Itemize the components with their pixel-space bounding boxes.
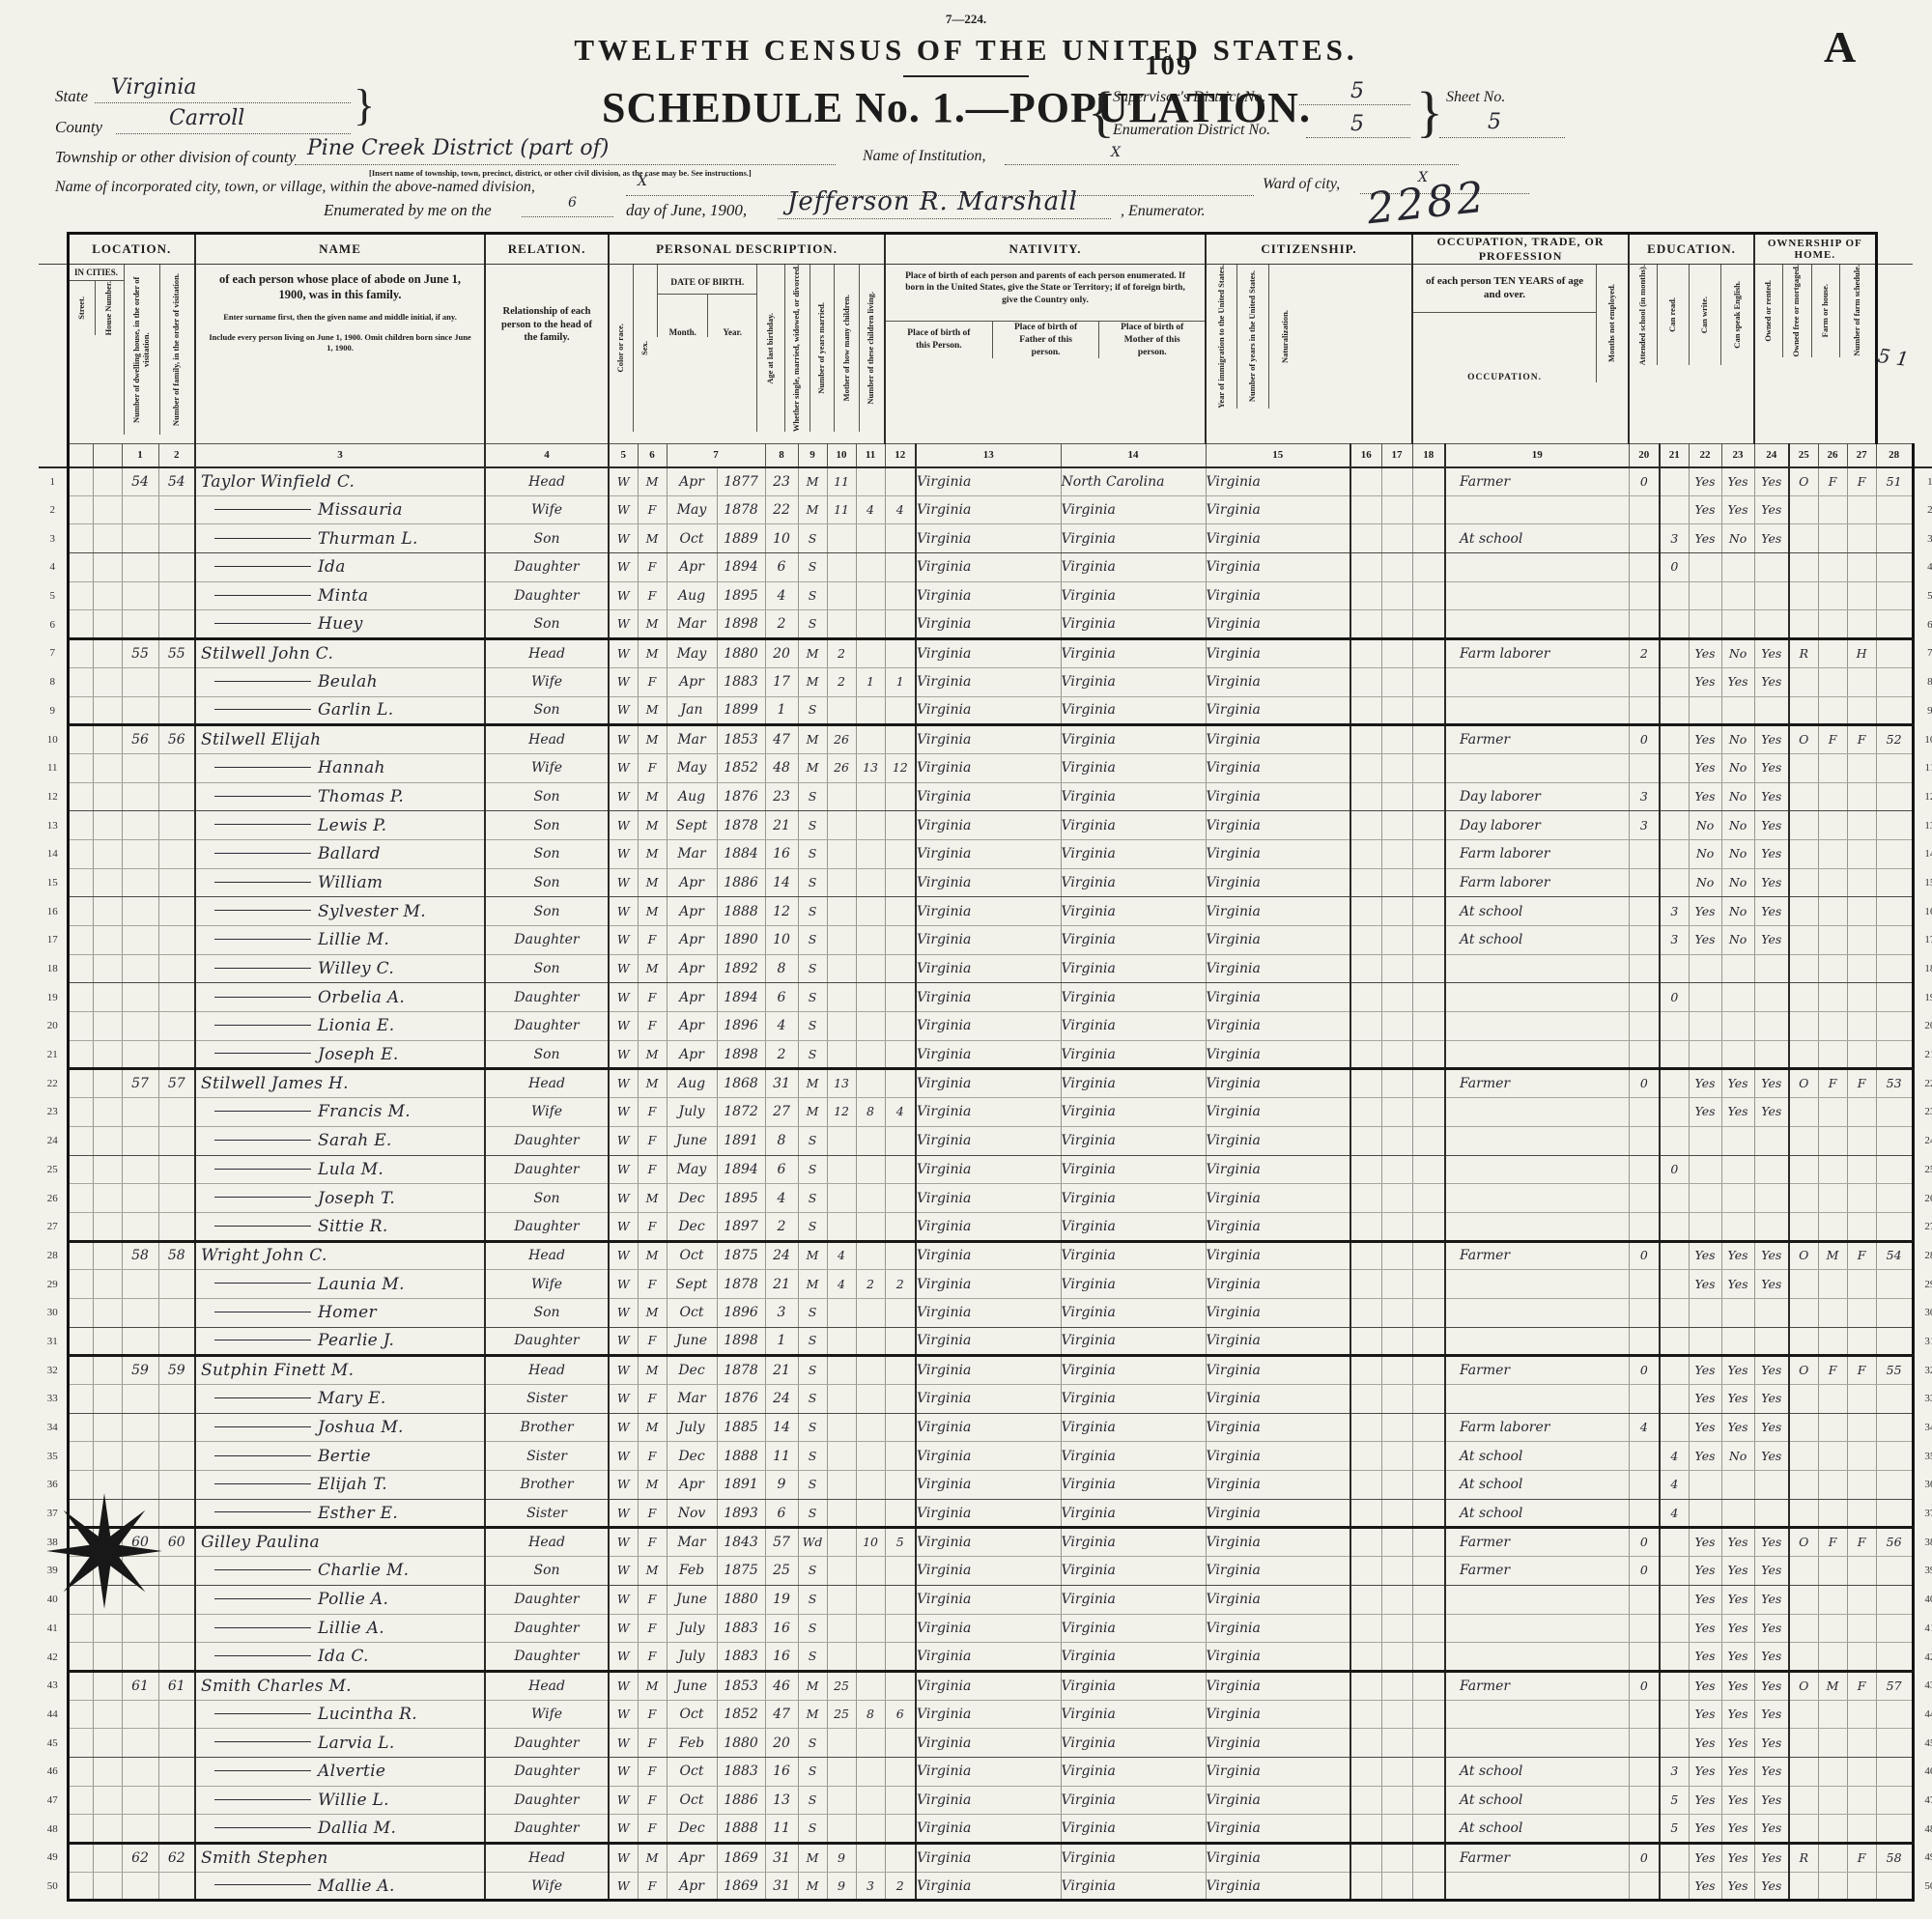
cell-naturalization [1412,1040,1445,1069]
cell-age: 23 [765,467,798,496]
cell-marital: S [798,581,827,610]
cell-age: 8 [765,954,798,983]
cell-dwelling-number [122,495,158,524]
cell-farm-house [1847,1815,1876,1844]
cell-name: Homer [195,1298,485,1327]
cell-farm-house [1847,1184,1876,1213]
cell-name: Minta [195,581,485,610]
person-row: 75555Stilwell John C.HeadWMMay188020M2Vi… [39,639,1932,668]
cell-mother-children [856,1585,885,1614]
cell-street [68,1098,93,1127]
cell-color: W [609,1040,638,1069]
cell-attended-school [1660,1212,1689,1241]
cell-family-number [158,1815,195,1844]
cell-marital: S [798,1757,827,1786]
cell-years-in-us [1381,610,1412,639]
cell-house-number [93,1155,122,1184]
cell-house-number [93,1241,122,1270]
cell-immigration-year [1350,1069,1381,1098]
cell-speak-english: Yes [1754,1815,1789,1844]
cell-attended-school [1660,696,1689,725]
cell-immigration-year [1350,696,1381,725]
cell-can-read: Yes [1689,1844,1721,1873]
cell-free-mortgaged [1818,1700,1847,1729]
cell-age: 4 [765,581,798,610]
cell-relation: Daughter [485,1643,609,1672]
cell-can-write [1721,1298,1754,1327]
cell-birth-month: Apr [667,667,717,696]
cell-speak-english [1754,581,1789,610]
person-row: 15WilliamSonWMApr188614SVirginiaVirginia… [39,868,1932,897]
cell-years-married [827,581,856,610]
person-row: 29Launia M.WifeWFSept187821M422VirginiaV… [39,1270,1932,1299]
cell-age: 47 [765,1700,798,1729]
cell-months-not-employed: 0 [1629,1528,1660,1557]
row-number-left: 35 [39,1442,68,1471]
cell-farm-schedule [1876,1786,1913,1815]
cell-speak-english: Yes [1754,1872,1789,1901]
cell-sex: M [638,1471,667,1500]
cell-pob-mother: Virginia [1206,1040,1350,1069]
cell-owned-rented [1789,1327,1818,1356]
cell-relation: Sister [485,1442,609,1471]
cell-attended-school [1660,1585,1689,1614]
cell-name: Beulah [195,667,485,696]
cell-birth-month: Sept [667,811,717,840]
cell-free-mortgaged [1818,1442,1847,1471]
cell-free-mortgaged: F [1818,1069,1847,1098]
cell-pob-mother: Virginia [1206,954,1350,983]
cell-age: 10 [765,926,798,955]
cell-farm-house [1847,983,1876,1012]
cell-marital: S [798,1499,827,1528]
cell-children-living [885,1471,916,1500]
cell-family-number [158,1098,195,1127]
cell-can-read: Yes [1689,1815,1721,1844]
cell-immigration-year [1350,954,1381,983]
cell-pob-mother: Virginia [1206,1126,1350,1155]
cell-immigration-year [1350,1212,1381,1241]
cell-age: 8 [765,1126,798,1155]
cell-naturalization [1412,1098,1445,1127]
cell-owned-rented [1789,1098,1818,1127]
cell-color: W [609,1413,638,1442]
cell-farm-house: F [1847,1356,1876,1385]
cell-occupation [1445,1385,1629,1414]
cell-farm-house [1847,581,1876,610]
cell-years-in-us [1381,1557,1412,1586]
cell-speak-english [1754,696,1789,725]
row-number-left: 7 [39,639,68,668]
mother-children-col-label: Mother of how many children. [842,295,852,401]
farm-house-col-label: Farm or house. [1821,284,1831,337]
cell-birth-year: 1875 [717,1557,765,1586]
cell-birth-month: Sept [667,1270,717,1299]
cell-dwelling-number [122,667,158,696]
cell-naturalization [1412,1155,1445,1184]
cell-immigration-year [1350,1499,1381,1528]
cell-months-not-employed [1629,1786,1660,1815]
cell-sex: M [638,1069,667,1098]
cell-farm-schedule: 53 [1876,1069,1913,1098]
cell-mother-children [856,811,885,840]
group-nativity: NATIVITY. [885,234,1206,265]
cell-family-number [158,495,195,524]
cell-can-write [1721,1012,1754,1041]
person-row: 285858Wright John C.HeadWMOct187524M4Vir… [39,1241,1932,1270]
cell-can-write: Yes [1721,1614,1754,1643]
cell-naturalization [1412,782,1445,811]
cell-years-in-us [1381,811,1412,840]
cell-sex: F [638,553,667,582]
cell-marital: S [798,897,827,926]
cell-immigration-year [1350,868,1381,897]
cell-sex: F [638,1012,667,1041]
cell-occupation [1445,1040,1629,1069]
cell-naturalization [1412,868,1445,897]
cell-farm-house [1847,1585,1876,1614]
cell-can-write [1721,954,1754,983]
cell-speak-english: Yes [1754,782,1789,811]
cell-months-not-employed [1629,1327,1660,1356]
cell-pob-person: Virginia [916,897,1061,926]
cell-street [68,1184,93,1213]
cell-occupation [1445,1126,1629,1155]
cell-pob-mother: Virginia [1206,1012,1350,1041]
cell-owned-rented: O [1789,725,1818,754]
cell-farm-schedule: 52 [1876,725,1913,754]
cell-years-in-us [1381,524,1412,553]
cell-years-married [827,1643,856,1672]
cell-can-write: Yes [1721,1069,1754,1098]
cell-occupation [1445,495,1629,524]
age-col-label: Age at last birthday. [766,313,776,384]
cell-age: 6 [765,553,798,582]
cell-naturalization [1412,1442,1445,1471]
cell-years-married [827,1126,856,1155]
cell-street [68,811,93,840]
cell-years-married: 13 [827,1069,856,1098]
cell-name: Taylor Winfield C. [195,467,485,496]
cell-marital: S [798,1786,827,1815]
cell-sex: F [638,1155,667,1184]
cell-speak-english [1754,1471,1789,1500]
cell-can-read [1689,1212,1721,1241]
cell-mother-children [856,1442,885,1471]
cell-free-mortgaged [1818,1012,1847,1041]
cell-months-not-employed [1629,1499,1660,1528]
cell-age: 6 [765,1155,798,1184]
person-row: 225757Stilwell James H.HeadWMAug186831M1… [39,1069,1932,1098]
cell-pob-father: Virginia [1061,610,1206,639]
row-number-left: 2 [39,495,68,524]
cell-age: 14 [765,1413,798,1442]
cell-pob-father: Virginia [1061,1872,1206,1901]
cell-can-read [1689,696,1721,725]
cell-speak-english: Yes [1754,1844,1789,1873]
cell-pob-person: Virginia [916,1241,1061,1270]
cell-years-in-us [1381,1585,1412,1614]
cell-birth-month: Apr [667,954,717,983]
cell-farm-schedule [1876,1557,1913,1586]
cell-dwelling-number [122,1155,158,1184]
cell-birth-year: 1883 [717,667,765,696]
cell-pob-father: Virginia [1061,696,1206,725]
cell-dwelling-number [122,1815,158,1844]
row-number-left: 24 [39,1126,68,1155]
cell-months-not-employed [1629,1155,1660,1184]
cell-months-not-employed [1629,1815,1660,1844]
row-number-left: 19 [39,983,68,1012]
township-label: Township or other division of county [55,148,296,167]
cell-name: Sylvester M. [195,897,485,926]
cell-family-number [158,1270,195,1299]
cell-can-read [1689,1155,1721,1184]
cell-house-number [93,1298,122,1327]
row-number-left: 44 [39,1700,68,1729]
cell-relation: Sister [485,1499,609,1528]
row-number-left: 22 [39,1069,68,1098]
cell-birth-year: 1898 [717,610,765,639]
cell-immigration-year [1350,1270,1381,1299]
owned-rented-col-label: Owned or rented. [1764,280,1774,342]
cell-can-write: No [1721,1442,1754,1471]
cell-naturalization [1412,753,1445,782]
cell-can-read [1689,1471,1721,1500]
cell-family-number: 62 [158,1844,195,1873]
cell-age: 2 [765,1040,798,1069]
cell-pob-person: Virginia [916,524,1061,553]
group-occupation: OCCUPATION, TRADE, OR PROFESSION [1412,234,1629,265]
cell-birth-year: 1886 [717,1786,765,1815]
cell-sex: F [638,1327,667,1356]
cell-months-not-employed: 2 [1629,639,1660,668]
cell-can-read: Yes [1689,1729,1721,1758]
cell-marital: S [798,926,827,955]
cell-children-living [885,1499,916,1528]
cell-farm-schedule [1876,1614,1913,1643]
margin-left-header [39,234,68,265]
cell-marital: S [798,1184,827,1213]
cell-farm-schedule [1876,1757,1913,1786]
cell-sex: M [638,811,667,840]
cell-pob-father: Virginia [1061,1757,1206,1786]
cell-occupation: Farmer [1445,1069,1629,1098]
cell-years-married: 11 [827,495,856,524]
cell-occupation [1445,954,1629,983]
cell-marital: S [798,696,827,725]
cell-children-living [885,1442,916,1471]
person-row: 12Thomas P.SonWMAug187623SVirginiaVirgin… [39,782,1932,811]
person-row: 39Charlie M.SonWMFeb187525SVirginiaVirgi… [39,1557,1932,1586]
years-married-col-label: Number of years married. [817,302,827,394]
cell-can-write: Yes [1721,1872,1754,1901]
cell-children-living: 2 [885,1270,916,1299]
cell-owned-rented [1789,897,1818,926]
cell-pob-person: Virginia [916,1844,1061,1873]
row-number-left: 17 [39,926,68,955]
cell-birth-year: 1878 [717,1356,765,1385]
cell-months-not-employed [1629,753,1660,782]
cell-farm-schedule [1876,868,1913,897]
cell-pob-father: Virginia [1061,897,1206,926]
cell-years-in-us [1381,1012,1412,1041]
ditto-line [214,824,311,825]
cell-birth-year: 1888 [717,897,765,926]
cell-naturalization [1412,1012,1445,1041]
cell-pob-person: Virginia [916,696,1061,725]
cell-sex: F [638,1098,667,1127]
cell-color: W [609,868,638,897]
cell-attended-school [1660,1413,1689,1442]
cell-can-read: Yes [1689,782,1721,811]
cell-relation: Brother [485,1413,609,1442]
cell-can-write: No [1721,926,1754,955]
cell-color: W [609,696,638,725]
cell-can-write [1721,1212,1754,1241]
cell-house-number [93,753,122,782]
cell-farm-house [1847,1700,1876,1729]
cell-children-living [885,1241,916,1270]
cell-name: Willie L. [195,1786,485,1815]
cell-mother-children [856,1815,885,1844]
cell-pob-person: Virginia [916,1528,1061,1557]
cell-years-in-us [1381,753,1412,782]
cell-color: W [609,495,638,524]
cell-color: W [609,467,638,496]
cell-birth-year: 1876 [717,1385,765,1414]
cell-years-in-us [1381,1757,1412,1786]
cell-street [68,1700,93,1729]
cell-marital: S [798,1212,827,1241]
cell-age: 20 [765,1729,798,1758]
cell-birth-month: Aug [667,581,717,610]
cell-relation: Daughter [485,1786,609,1815]
cell-pob-mother: Virginia [1206,1241,1350,1270]
cell-name: Joseph E. [195,1040,485,1069]
cell-pob-father: Virginia [1061,1528,1206,1557]
cell-years-in-us [1381,639,1412,668]
cell-mother-children [856,553,885,582]
row-number-right: 46 [1913,1757,1932,1786]
cell-name: Launia M. [195,1270,485,1299]
cell-free-mortgaged [1818,1471,1847,1500]
cell-occupation: Farmer [1445,1241,1629,1270]
cell-pob-person: Virginia [916,983,1061,1012]
cell-free-mortgaged [1818,1729,1847,1758]
cell-mother-children [856,926,885,955]
cell-speak-english [1754,1298,1789,1327]
row-number-right: 33 [1913,1385,1932,1414]
cell-mother-children [856,1643,885,1672]
row-number-right: 36 [1913,1471,1932,1500]
cell-street [68,897,93,926]
cell-farm-schedule [1876,1298,1913,1327]
cell-pob-father: Virginia [1061,725,1206,754]
cell-birth-year: 1894 [717,983,765,1012]
cell-mother-children: 4 [856,495,885,524]
cell-speak-english [1754,553,1789,582]
cell-sex: M [638,954,667,983]
cell-attended-school [1660,581,1689,610]
cell-pob-person: Virginia [916,1212,1061,1241]
cell-name: Lillie A. [195,1614,485,1643]
row-number-left: 11 [39,753,68,782]
cell-relation: Daughter [485,926,609,955]
cell-naturalization [1412,1327,1445,1356]
cell-can-read: Yes [1689,495,1721,524]
row-number-right: 5 [1913,581,1932,610]
cell-age: 31 [765,1069,798,1098]
cell-relation: Head [485,725,609,754]
cell-naturalization [1412,1471,1445,1500]
row-number-left: 48 [39,1815,68,1844]
cell-color: W [609,1528,638,1557]
cell-speak-english: Yes [1754,1585,1789,1614]
ditto-line [214,882,311,883]
cell-dwelling-number: 55 [122,639,158,668]
cell-birth-month: June [667,1671,717,1700]
cell-farm-schedule [1876,1585,1913,1614]
pob-person-col-label: Place of birth of this Person. [886,322,992,358]
cell-pob-mother: Virginia [1206,639,1350,668]
cell-birth-month: Oct [667,1757,717,1786]
cell-family-number: 55 [158,639,195,668]
cell-color: W [609,1442,638,1471]
cell-farm-schedule [1876,839,1913,868]
cell-years-married [827,1385,856,1414]
cell-name: Garlin L. [195,696,485,725]
cell-name: Wright John C. [195,1241,485,1270]
cell-owned-rented [1789,1585,1818,1614]
cell-pob-father: Virginia [1061,581,1206,610]
cell-name: Lillie M. [195,926,485,955]
ditto-line [214,939,311,940]
cell-years-in-us [1381,954,1412,983]
cell-pob-mother: Virginia [1206,753,1350,782]
cell-naturalization [1412,1815,1445,1844]
person-row: 48Dallia M.DaughterWFDec188811SVirginiaV… [39,1815,1932,1844]
free-mortgaged-col-label: Owned free or mortgaged. [1792,265,1802,357]
cell-naturalization [1412,1528,1445,1557]
cell-can-read: Yes [1689,1872,1721,1901]
cell-immigration-year [1350,1442,1381,1471]
cell-name: Ida [195,553,485,582]
cell-attended-school [1660,1298,1689,1327]
cell-pob-mother: Virginia [1206,1671,1350,1700]
cell-dwelling-number: 58 [122,1241,158,1270]
occupation-desc: of each person TEN YEARS of age and over… [1413,265,1596,313]
cell-can-write [1721,983,1754,1012]
row-number-right: 32 [1913,1356,1932,1385]
ownership-subheader: Owned or rented. Owned free or mortgaged… [1754,265,1876,444]
cell-birth-month: Apr [667,1012,717,1041]
cell-marital: S [798,1012,827,1041]
cell-relation: Head [485,1356,609,1385]
cell-farm-house [1847,1012,1876,1041]
cell-marital: S [798,868,827,897]
district-brace-left: { [1088,79,1115,144]
cell-relation: Head [485,1844,609,1873]
enumeration-line [1306,116,1410,138]
cell-owned-rented [1789,495,1818,524]
cell-immigration-year [1350,1356,1381,1385]
cell-relation: Daughter [485,1155,609,1184]
cell-birth-month: Oct [667,1298,717,1327]
cell-farm-schedule [1876,581,1913,610]
cell-can-read: Yes [1689,1528,1721,1557]
cell-immigration-year [1350,1126,1381,1155]
